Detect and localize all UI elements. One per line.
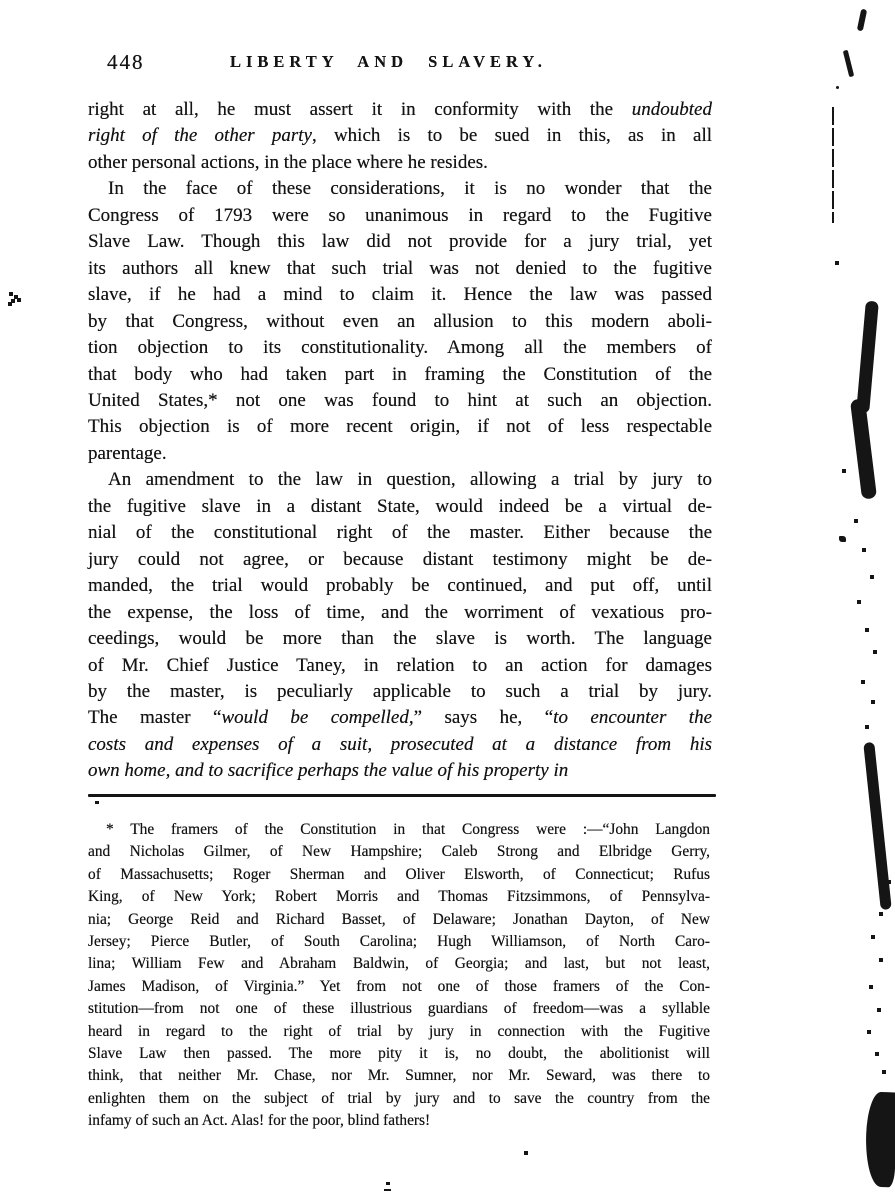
text-line: Congress of 1793 were so unanimous in re…: [88, 203, 712, 229]
text-line: other personal actions, in the place whe…: [88, 150, 712, 176]
text-segment: slave, if he had a mind to claim it. Hen…: [88, 284, 712, 305]
text-line: and Nicholas Gilmer, of New Hampshire; C…: [88, 841, 710, 863]
running-title: LIBERTY AND SLAVERY.: [230, 52, 547, 72]
text-line: An amendment to the law in question, all…: [88, 467, 712, 493]
text-line: stitution—from not one of these illustri…: [88, 998, 710, 1020]
text-line: the expense, the loss of time, and the w…: [88, 600, 712, 626]
scan-artifact-vertical-line: [832, 107, 834, 223]
text-segment: by the master, is peculiarly applicable …: [88, 681, 712, 702]
text-segment: that body who had taken part in framing …: [88, 364, 712, 385]
text-line: enlighten them on the subject of trial b…: [88, 1088, 710, 1110]
text-line: parentage.: [88, 441, 712, 467]
text-segment: and Nicholas Gilmer, of New Hampshire; C…: [88, 843, 710, 860]
text-line: costs and expenses of a suit, prosecuted…: [88, 732, 712, 758]
text-line: of Massachusetts; Roger Sherman and Oliv…: [88, 864, 710, 886]
text-line: lina; William Few and Abraham Baldwin, o…: [88, 953, 710, 975]
text-line: that body who had taken part in framing …: [88, 362, 712, 388]
text-segment: This objection is of more recent origin,…: [88, 416, 712, 437]
text-line: tion objection to its constitutionality.…: [88, 335, 712, 361]
text-segment: manded, the trial would probably be cont…: [88, 575, 712, 596]
text-segment: other personal actions, in the place whe…: [88, 152, 488, 173]
scan-artifact-squiggle-upper: [843, 50, 854, 77]
text-segment: the fugitive slave in a distant State, w…: [88, 496, 712, 517]
text-segment: of Mr. Chief Justice Taney, in relation …: [88, 655, 712, 676]
text-segment: Congress of 1793 were so unanimous in re…: [88, 205, 712, 226]
text-line: jury could not agree, or because distant…: [88, 547, 712, 573]
text-line: James Madison, of Virginia.” Yet from no…: [88, 976, 710, 998]
italic-text-segment: undoubted: [632, 99, 712, 120]
text-line: nial of the constitutional right of the …: [88, 520, 712, 546]
text-segment: enlighten them on the subject of trial b…: [88, 1090, 710, 1107]
text-segment: jury could not agree, or because distant…: [88, 549, 712, 570]
italic-text-segment: costs and expenses of a suit, prosecuted…: [88, 734, 712, 755]
text-segment: tion objection to its constitutionality.…: [88, 337, 712, 358]
italic-text-segment: right of the other party: [88, 125, 312, 146]
book-page: 448 LIBERTY AND SLAVERY. right at all, h…: [0, 0, 895, 1200]
scan-artifact-bottom-mark-dash: [384, 1189, 391, 1191]
text-segment: stitution—from not one of these illustri…: [88, 1000, 710, 1017]
text-segment: parentage.: [88, 443, 167, 464]
text-segment: heard in regard to the right of trial by…: [88, 1023, 710, 1040]
text-line: United States,* not one was found to hin…: [88, 388, 712, 414]
text-line: think, that neither Mr. Chase, nor Mr. S…: [88, 1065, 710, 1087]
text-line: right of the other party, which is to be…: [88, 123, 712, 149]
scan-artifact-dot: [836, 86, 839, 89]
footnote: * The framers of the Constitution in tha…: [88, 819, 710, 1133]
text-line: right at all, he must assert it in confo…: [88, 97, 712, 123]
text-line: Jersey; Pierce Butler, of South Carolina…: [88, 931, 710, 953]
scan-artifact-mark: [839, 536, 846, 542]
text-line: * The framers of the Constitution in tha…: [88, 819, 710, 841]
text-segment: by that Congress, without even an allusi…: [88, 311, 712, 332]
text-line: the fugitive slave in a distant State, w…: [88, 494, 712, 520]
italic-text-segment: own home, and to sacrifice perhaps the v…: [88, 760, 568, 781]
text-line: manded, the trial would probably be cont…: [88, 573, 712, 599]
text-line: its authors all knew that such trial was…: [88, 256, 712, 282]
text-segment: think, that neither Mr. Chase, nor Mr. S…: [88, 1067, 710, 1084]
scan-artifact-gutter-band-1: [856, 301, 879, 414]
text-line: nia; George Reid and Richard Basset, of …: [88, 909, 710, 931]
text-line: In the face of these considerations, it …: [88, 176, 712, 202]
page-number: 448: [107, 50, 145, 75]
text-segment: lina; William Few and Abraham Baldwin, o…: [88, 955, 710, 972]
scan-artifact-bottom-blob: [864, 1092, 895, 1188]
footnote-divider: [88, 794, 716, 797]
text-segment: In the face of these considerations, it …: [108, 178, 712, 199]
text-line: ceedings, would be more than the slave i…: [88, 626, 712, 652]
paragraph-continuation: right at all, he must assert it in confo…: [88, 97, 712, 176]
text-segment: Slave Law. Though this law did not provi…: [88, 231, 712, 252]
text-segment: James Madison, of Virginia.” Yet from no…: [88, 978, 710, 995]
text-line: by that Congress, without even an allusi…: [88, 309, 712, 335]
text-segment: United States,* not one was found to hin…: [88, 390, 712, 411]
text-segment: Slave Law then passed. The more pity it …: [88, 1045, 710, 1062]
text-segment: An amendment to the law in question, all…: [108, 469, 712, 490]
text-segment: its authors all knew that such trial was…: [88, 258, 712, 279]
text-segment: infamy of such an Act. Alas! for the poo…: [88, 1112, 430, 1129]
text-line: Slave Law. Though this law did not provi…: [88, 229, 712, 255]
scan-artifact-squiggle-top: [857, 9, 867, 32]
text-line: King, of New York; Robert Morris and Tho…: [88, 886, 710, 908]
text-segment: King, of New York; Robert Morris and Tho…: [88, 888, 710, 905]
scan-artifact-gutter-band-2: [850, 398, 877, 499]
body-text: right at all, he must assert it in confo…: [88, 97, 712, 785]
text-segment: , which is to be sued in this, as in all: [312, 125, 712, 146]
text-segment: right at all, he must assert it in confo…: [88, 99, 632, 120]
text-segment: * The framers of the Constitution in tha…: [106, 821, 710, 838]
italic-text-segment: would be compelled,: [222, 707, 414, 728]
text-line: The master “would be compelled,” says he…: [88, 705, 712, 731]
text-segment: Jersey; Pierce Butler, of South Carolina…: [88, 933, 710, 950]
scan-artifact-gutter-streak: [863, 742, 892, 910]
text-line: infamy of such an Act. Alas! for the poo…: [88, 1110, 710, 1132]
text-segment: nial of the constitutional right of the …: [88, 522, 712, 543]
text-line: of Mr. Chief Justice Taney, in relation …: [88, 653, 712, 679]
paragraph-congress-1793: In the face of these considerations, it …: [88, 176, 712, 467]
text-segment: ceedings, would be more than the slave i…: [88, 628, 712, 649]
text-line: by the master, is peculiarly applicable …: [88, 679, 712, 705]
text-line: Slave Law then passed. The more pity it …: [88, 1043, 710, 1065]
footnote-divider-tick: [95, 801, 99, 804]
text-segment: The master “: [88, 707, 222, 728]
paragraph-amendment: An amendment to the law in question, all…: [88, 467, 712, 784]
scan-artifact-bottom-mark-dot: [386, 1182, 390, 1185]
text-segment: ” says he, “: [414, 707, 554, 728]
text-line: slave, if he had a mind to claim it. Hen…: [88, 282, 712, 308]
text-segment: the expense, the loss of time, and the w…: [88, 602, 712, 623]
text-line: This objection is of more recent origin,…: [88, 414, 712, 440]
italic-text-segment: to encounter the: [553, 707, 712, 728]
text-line: heard in regard to the right of trial by…: [88, 1021, 710, 1043]
scan-artifact-speckles: [0, 0, 2, 2]
text-line: own home, and to sacrifice perhaps the v…: [88, 758, 712, 784]
text-segment: of Massachusetts; Roger Sherman and Oliv…: [88, 866, 710, 883]
text-segment: nia; George Reid and Richard Basset, of …: [88, 911, 710, 928]
